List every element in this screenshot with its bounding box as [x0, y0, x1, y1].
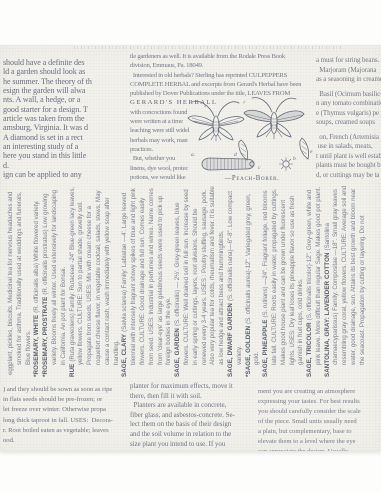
- catalog-entry: SAGE, GARDEN(S. officinalis) — 2½'. Grey…: [174, 185, 227, 377]
- paragraph: on, French (Artemisia use in salads, mea…: [316, 133, 381, 181]
- entry-name: SAGE, TRICOLOR: [306, 322, 313, 377]
- text-line: d.: [3, 161, 131, 170]
- text-line: here you stand in this little: [3, 151, 131, 160]
- top-right-column: a must for string beans. Marjoram (Major…: [316, 56, 381, 185]
- catalog-entry: SAGE, TRICOLOR(S. officinalis tricolor)-…: [306, 185, 324, 377]
- text-line: of the piece. Small units usually need: [258, 417, 381, 427]
- entry-name: RUE: [69, 364, 76, 377]
- egg-drawing: [279, 158, 293, 171]
- text-line: good starter for a design. T: [3, 105, 131, 114]
- entry-text: (Salvia sclarea) Family: Labiatae —4'. L…: [121, 188, 172, 365]
- entry-name: *ROSEMARY, WHITE: [33, 315, 40, 377]
- text-line: ign can be applied to any: [3, 170, 131, 179]
- herb-newsprint-fabric-swatch-photo: should have a definite des ld a garden s…: [0, 0, 381, 492]
- text-line: t until plant is well estab: [316, 152, 381, 162]
- catalog-entry: eggplant, pickles, biscuits. Medicinal t…: [7, 185, 33, 377]
- vertical-text-band: eggplant, pickles, biscuits. Medicinal t…: [7, 185, 381, 377]
- text-line: nts. A wall, a hedge, or a: [3, 95, 131, 104]
- text-line: an interesting study of a: [3, 142, 131, 151]
- cut-off-print-line: [74, 46, 342, 49]
- catalog-entry: RUE(Ruta graveolens) Family: Rutaceae -2…: [69, 185, 122, 377]
- text-line: division, Emmaus, Pa. 18049.: [130, 61, 316, 70]
- text-line: Marjoram (Majorana: [316, 66, 381, 76]
- catalog-entry: *ROSEMARY, PROSTRATE(R. officinalis pros…: [42, 185, 68, 377]
- entry-name: *SAGE, GOLDEN: [245, 326, 252, 377]
- entry-name: SAGE, DWARF GARDEN: [227, 303, 234, 377]
- entry-text: (Ruta graveolens) Family: Rutaceae -24" …: [69, 187, 120, 365]
- male-moth-drawing: [244, 98, 304, 139]
- peach-borer-drawing: ♀ ♂ d e c a. b: [186, 94, 318, 174]
- entry-text: (S. officinalis) — 2½'. Grey-green leave…: [174, 186, 225, 365]
- text-line: Planters are available in concrete,: [130, 401, 258, 411]
- caterpillar-drawing: [202, 158, 254, 170]
- figure-label: c: [258, 165, 261, 171]
- figure-label: e: [310, 149, 313, 155]
- text-line: r. Root boiled eaten as vegetable; leave…: [3, 426, 129, 436]
- catalog-entry: SAGE, DWARF GARDEN(S. officinalis nana)—…: [227, 185, 245, 377]
- catalog-entry: SANTOLINA, GRAY: LAVENDER COTTON(Santoli…: [324, 185, 368, 377]
- text-line: e (Thymus vulgaris) pe: [316, 109, 381, 119]
- text-line: A diamond is set in a rect: [3, 133, 131, 142]
- text-line: expressing your tastes. For best results: [258, 397, 381, 407]
- entry-text: (R. officinalis alba) White flowered var…: [33, 200, 40, 312]
- fabric-swatch: should have a definite des ld a garden s…: [0, 45, 381, 451]
- pupa-case-drawing: [239, 140, 248, 160]
- bottom-middle-column: planter for maximum effects, move it the…: [130, 382, 258, 449]
- figure-label: ♂: [242, 100, 246, 106]
- text-line: elevate them to a level where the eye: [258, 437, 381, 447]
- figure-label: b: [293, 156, 296, 162]
- entry-name: *ROSEMARY, PROSTRATE: [42, 297, 49, 377]
- text-line: and the soil volume in relation to the: [130, 430, 258, 440]
- text-line: Basil (Ocimum basilicu: [316, 90, 381, 100]
- text-line: article was taken from the: [3, 114, 131, 123]
- text-line: amsburg, Virginia. It was d: [3, 123, 131, 132]
- text-line: you should carefully consider the scale: [258, 407, 381, 417]
- text-line: use in salads, meats,: [316, 142, 381, 152]
- figure-label: d: [234, 152, 237, 158]
- peach-borer-illustration: ♀ ♂ d e c a. b —Peach-Borer.: [186, 94, 318, 182]
- text-line: can appreciate the design. Usually: [258, 447, 381, 451]
- text-line: soups, creamed soups: [316, 118, 381, 128]
- text-line: lect them on the basis of their design: [130, 420, 258, 430]
- text-line: planter for maximum effects, move it: [130, 382, 258, 392]
- text-line: a plain, but complementary, base to: [258, 427, 381, 437]
- text-line: should have a definite des: [3, 58, 131, 67]
- text-line: ment you are creating an atmosphere: [258, 387, 381, 397]
- entry-name: SAGE, PINEAPPLE: [262, 319, 269, 377]
- paragraph: Basil (Ocimum basilicu n any tomato comb…: [316, 90, 381, 128]
- catalog-entry: SAGE, PINEAPPLE(S. rutilans) —24". Fragr…: [262, 185, 306, 377]
- text-line: Interested in old herbals? Sterling has …: [130, 71, 316, 80]
- text-line: as a seasoning in creame: [316, 75, 381, 85]
- text-line: ) and they should be sown as soon as rip…: [3, 385, 129, 395]
- text-line: long thick taproot in fall. USES: Decora…: [3, 416, 129, 426]
- illustration-caption: —Peach-Borer.: [186, 175, 318, 182]
- figure-label: ♀: [203, 104, 207, 110]
- entry-name: SANTOLINA, GRAY: LAVENDER COTTON: [324, 252, 331, 377]
- text-line: ood.: [3, 436, 129, 446]
- top-left-column: should have a definite des ld a garden s…: [3, 58, 131, 179]
- female-moth-drawing: [188, 101, 244, 141]
- entry-text: eggplant, pickles, biscuits. Medicinal t…: [7, 192, 32, 375]
- entry-name: SAGE, GARDEN: [174, 328, 181, 377]
- text-line: let freeze over winter. Otherwise propa: [3, 405, 129, 415]
- catalog-entry: SAGE, CLARY(Salvia sclarea) Family: Labi…: [121, 185, 174, 377]
- text-line: d, or cuttings may be ta: [316, 171, 381, 181]
- text-line: there, then fill it with soil.: [130, 392, 258, 402]
- pupa-case-drawing: [300, 138, 309, 159]
- paragraph: a must for string beans. Marjoram (Major…: [316, 56, 381, 85]
- herb-catalog-rotated-text: eggplant, pickles, biscuits. Medicinal t…: [7, 185, 381, 377]
- catalog-entry: *ROSEMARY, WHITE(R. officinalis alba) Wh…: [33, 185, 42, 377]
- text-line: on, French (Artemisia: [316, 133, 381, 143]
- text-line: a must for string beans.: [316, 56, 381, 66]
- catalog-entry: *SAGE, GOLDEN(S. officinalis aurea)-12".…: [245, 185, 263, 377]
- bottom-right-column: ment you are creating an atmosphere expr…: [258, 387, 381, 451]
- text-line: COMPLETE HERBAL and excerpts from Gerard…: [130, 80, 316, 89]
- text-line: ld a garden should look as: [3, 67, 131, 76]
- bottom-left-column: ) and they should be sown as soon as rip…: [3, 385, 129, 446]
- entry-name: SAGE, CLARY: [121, 334, 128, 377]
- figure-label: a.: [191, 152, 195, 158]
- text-line: n any tomato combination: [316, 99, 381, 109]
- text-line: esign the garden will alwa: [3, 86, 131, 95]
- text-line: plants must be bought b: [316, 161, 381, 171]
- text-line: fiber glass, and asbestos-concrete. Se-: [130, 411, 258, 421]
- text-line: tle gardeners as well. It is available f…: [130, 52, 316, 61]
- text-line: size plant you intend to use. If you: [130, 440, 258, 450]
- text-line: he summer. The theory of th: [3, 77, 131, 86]
- text-line: in flats seeds should be pre-frozen; or: [3, 395, 129, 405]
